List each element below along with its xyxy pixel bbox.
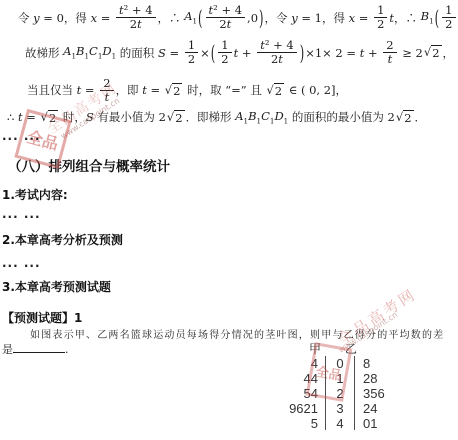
math-line-1: 令 y = 0，得 x = t² + 42t，∴ A1(t² + 42t,0)，… bbox=[18, 1, 458, 34]
list-item-analysis: 2.本章高考分析及预测 bbox=[2, 231, 123, 248]
question-text-line1: 如图表示甲、乙两名篮球运动员每场得分情况的茎叶图，则甲与乙得分的平均数的差 bbox=[30, 326, 444, 341]
ellipsis-3: ... ... bbox=[2, 256, 41, 270]
math-line-4: ∴ t = √2 时，S 有最小值为 2√2．即梯形 A1B1C1D1 的面积的… bbox=[7, 107, 426, 127]
stemleaf-header-yi: 乙 bbox=[345, 340, 357, 357]
stem-cell: 3 bbox=[325, 401, 355, 416]
table-row: 4 0 8 bbox=[263, 356, 417, 371]
leaf-right-cell: 356 bbox=[355, 386, 417, 401]
ellipsis-1: ... ... bbox=[2, 129, 41, 143]
leaf-left-cell: 44 bbox=[263, 371, 325, 386]
list-item-predicted-questions: 3.本章高考预测试题 bbox=[2, 278, 111, 295]
table-row: 5 4 01 bbox=[263, 416, 417, 431]
answer-blank-underline bbox=[13, 341, 65, 353]
ellipsis-2: ... ... bbox=[2, 207, 41, 221]
section-heading: （八）排列组合与概率统计 bbox=[8, 155, 170, 175]
leaf-left-cell: 5 bbox=[263, 416, 325, 431]
table-row: 44 1 28 bbox=[263, 371, 417, 386]
table-row: 54 2 356 bbox=[263, 386, 417, 401]
stem-cell: 0 bbox=[325, 356, 355, 371]
leaf-left-cell: 9621 bbox=[263, 401, 325, 416]
question-line2-suffix: . bbox=[65, 343, 69, 356]
stem-cell: 2 bbox=[325, 386, 355, 401]
stem-cell: 4 bbox=[325, 416, 355, 431]
stem-cell: 1 bbox=[325, 371, 355, 386]
question-line2-prefix: 是 bbox=[2, 343, 13, 356]
stemleaf-rows: 4 0 8 44 1 28 54 2 356 9621 3 24 5 4 bbox=[263, 356, 417, 430]
math-line-2: 故梯形 A1B1C1D1 的面积 S = 12×(12t + t² + 42t)… bbox=[25, 36, 454, 69]
stemleaf-header-jia: 甲 bbox=[309, 340, 321, 357]
math-line-3: 当且仅当 t = 2t，即 t = √2 时，取 “=” 且 √2 ∈ ( 0,… bbox=[27, 75, 347, 105]
list-item-exam-content: 1.考试内容: bbox=[2, 186, 68, 203]
question-text-line2: 是. bbox=[2, 341, 69, 357]
leaf-left-cell: 54 bbox=[263, 386, 325, 401]
leaf-right-cell: 28 bbox=[355, 371, 417, 386]
document-page: 令 y = 0，得 x = t² + 42t，∴ A1(t² + 42t,0)，… bbox=[0, 0, 458, 440]
problem-label: 【预测试题】1 bbox=[2, 309, 82, 326]
table-row: 9621 3 24 bbox=[263, 401, 417, 416]
leaf-right-cell: 01 bbox=[355, 416, 417, 431]
leaf-right-cell: 24 bbox=[355, 401, 417, 416]
leaf-left-cell: 4 bbox=[263, 356, 325, 371]
leaf-right-cell: 8 bbox=[355, 356, 417, 371]
